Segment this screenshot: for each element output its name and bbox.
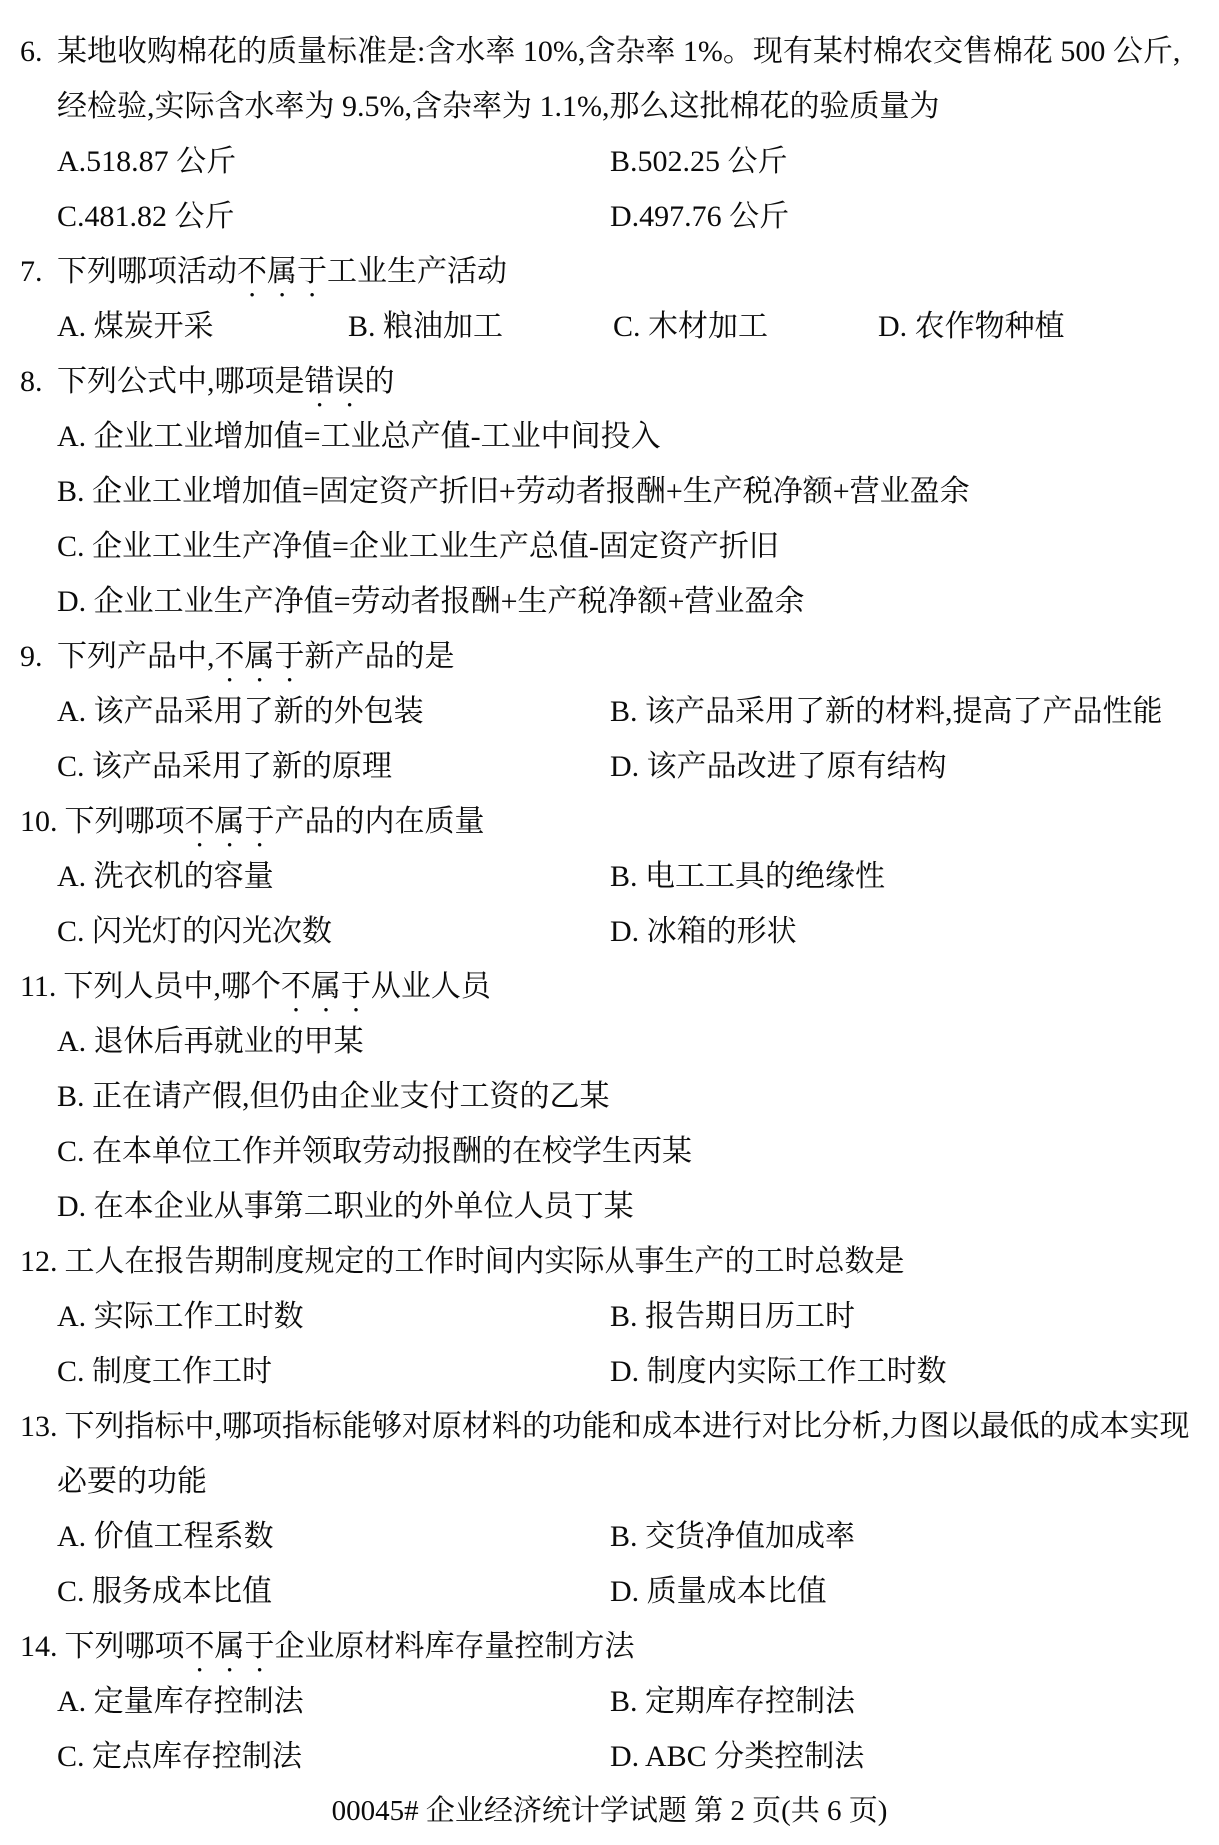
option-B: B. 电工工具的绝缘性 <box>610 849 885 904</box>
question-number: 7. <box>20 244 50 299</box>
question-stem-line: 必要的功能 <box>0 1454 1219 1509</box>
question-12: 12.工人在报告期制度规定的工作时间内实际从事生产的工时总数是A. 实际工作工时… <box>0 1234 1219 1399</box>
option-B: B. 粮油加工 <box>348 299 503 354</box>
question-stem-line: 7.下列哪项活动不属于工业生产活动 <box>0 244 1219 299</box>
option-B: B. 交货净值加成率 <box>610 1509 855 1564</box>
option-row: C. 定点库存控制法D. ABC 分类控制法 <box>0 1729 1219 1784</box>
stem-text: 下列哪项活动 <box>57 255 237 288</box>
question-stem-line: 6.某地收购棉花的质量标准是:含水率 10%,含杂率 1%。现有某村棉农交售棉花… <box>0 24 1219 79</box>
question-number: 9. <box>20 629 50 684</box>
question-stem-line: 10.下列哪项不属于产品的内在质量 <box>0 794 1219 849</box>
question-stem-line: 14.下列哪项不属于企业原材料库存量控制方法 <box>0 1619 1219 1674</box>
page-footer: 00045# 企业经济统计学试题 第 2 页(共 6 页) <box>0 1784 1219 1839</box>
stem-emphasis-text: 不属于 <box>185 805 275 838</box>
option-A: A. 该产品采用了新的外包装 <box>57 695 424 728</box>
option-C: C. 制度工作工时 <box>57 1355 272 1388</box>
question-number: 8. <box>20 354 50 409</box>
stem-text: 经检验,实际含水率为 9.5%,含杂率为 1.1%,那么这批棉花的验质量为 <box>57 90 939 123</box>
option-D: D.497.76 公斤 <box>610 189 789 244</box>
option-D: D. 农作物种植 <box>878 299 1065 354</box>
question-7: 7.下列哪项活动不属于工业生产活动A. 煤炭开采B. 粮油加工C. 木材加工D.… <box>0 244 1219 354</box>
option-A: A.518.87 公斤 <box>57 145 236 178</box>
option-A: A. 洗衣机的容量 <box>57 860 274 893</box>
option-row: A. 企业工业增加值=工业总产值-工业中间投入 <box>0 409 1219 464</box>
question-number: 10. <box>20 794 58 849</box>
stem-text: 工人在报告期制度规定的工作时间内实际从事生产的工时总数是 <box>65 1245 905 1278</box>
stem-text: 某地收购棉花的质量标准是:含水率 10%,含杂率 1%。现有某村棉农交售棉花 5… <box>57 35 1180 68</box>
option-row: A. 退休后再就业的甲某 <box>0 1014 1219 1069</box>
option-A: A. 定量库存控制法 <box>57 1685 304 1718</box>
option-row: A. 煤炭开采B. 粮油加工C. 木材加工D. 农作物种植 <box>0 299 1219 354</box>
option-A: A. 价值工程系数 <box>57 1520 274 1553</box>
option-A: A. 退休后再就业的甲某 <box>57 1025 364 1058</box>
question-number: 6. <box>20 24 50 79</box>
question-14: 14.下列哪项不属于企业原材料库存量控制方法A. 定量库存控制法B. 定期库存控… <box>0 1619 1219 1784</box>
stem-text: 企业原材料库存量控制方法 <box>275 1630 635 1663</box>
question-stem-line: 8.下列公式中,哪项是错误的 <box>0 354 1219 409</box>
option-A: A. 煤炭开采 <box>57 310 214 343</box>
option-row: A. 价值工程系数B. 交货净值加成率 <box>0 1509 1219 1564</box>
option-D: D. 该产品改进了原有结构 <box>610 739 947 794</box>
stem-text: 产品的内在质量 <box>275 805 485 838</box>
question-number: 13. <box>20 1399 58 1454</box>
option-B: B. 定期库存控制法 <box>610 1674 855 1729</box>
stem-text: 下列公式中,哪项是 <box>57 365 305 398</box>
question-number: 12. <box>20 1234 58 1289</box>
option-D: D. 企业工业生产净值=劳动者报酬+生产税净额+营业盈余 <box>57 585 804 618</box>
option-D: D. 质量成本比值 <box>610 1564 827 1619</box>
question-stem-line: 11.下列人员中,哪个不属于从业人员 <box>0 959 1219 1014</box>
option-row: C.481.82 公斤D.497.76 公斤 <box>0 189 1219 244</box>
stem-emphasis-text: 不属于 <box>215 640 305 673</box>
option-C: C.481.82 公斤 <box>57 200 235 233</box>
option-row: A. 洗衣机的容量B. 电工工具的绝缘性 <box>0 849 1219 904</box>
option-row: D. 企业工业生产净值=劳动者报酬+生产税净额+营业盈余 <box>0 574 1219 629</box>
option-C: C. 木材加工 <box>613 299 768 354</box>
question-9: 9.下列产品中,不属于新产品的是A. 该产品采用了新的外包装B. 该产品采用了新… <box>0 629 1219 794</box>
option-row: D. 在本企业从事第二职业的外单位人员丁某 <box>0 1179 1219 1234</box>
stem-emphasis-text: 不属于 <box>281 970 371 1003</box>
option-row: B. 正在请产假,但仍由企业支付工资的乙某 <box>0 1069 1219 1124</box>
stem-text: 的 <box>365 365 395 398</box>
option-C: C. 在本单位工作并领取劳动报酬的在校学生丙某 <box>57 1135 692 1168</box>
stem-text: 下列哪项 <box>65 1630 185 1663</box>
option-A: A. 实际工作工时数 <box>57 1300 304 1333</box>
stem-emphasis-text: 不属于 <box>185 1630 275 1663</box>
question-10: 10.下列哪项不属于产品的内在质量A. 洗衣机的容量B. 电工工具的绝缘性C. … <box>0 794 1219 959</box>
option-D: D. 在本企业从事第二职业的外单位人员丁某 <box>57 1190 634 1223</box>
option-B: B. 该产品采用了新的材料,提高了产品性能 <box>610 684 1163 739</box>
exam-page: 6.某地收购棉花的质量标准是:含水率 10%,含杂率 1%。现有某村棉农交售棉花… <box>0 0 1219 1839</box>
option-row: C. 企业工业生产净值=企业工业生产总值-固定资产折旧 <box>0 519 1219 574</box>
option-row: C. 闪光灯的闪光次数D. 冰箱的形状 <box>0 904 1219 959</box>
stem-text: 新产品的是 <box>305 640 455 673</box>
option-C: C. 定点库存控制法 <box>57 1740 302 1773</box>
question-stem-line: 9.下列产品中,不属于新产品的是 <box>0 629 1219 684</box>
stem-text: 下列人员中,哪个 <box>63 970 281 1003</box>
option-row: A. 该产品采用了新的外包装B. 该产品采用了新的材料,提高了产品性能 <box>0 684 1219 739</box>
option-B: B. 报告期日历工时 <box>610 1289 855 1344</box>
question-6: 6.某地收购棉花的质量标准是:含水率 10%,含杂率 1%。现有某村棉农交售棉花… <box>0 24 1219 244</box>
option-B: B.502.25 公斤 <box>610 134 788 189</box>
question-number: 14. <box>20 1619 58 1674</box>
option-C: C. 服务成本比值 <box>57 1575 272 1608</box>
option-row: C. 该产品采用了新的原理D. 该产品改进了原有结构 <box>0 739 1219 794</box>
question-11: 11.下列人员中,哪个不属于从业人员A. 退休后再就业的甲某B. 正在请产假,但… <box>0 959 1219 1234</box>
question-list: 6.某地收购棉花的质量标准是:含水率 10%,含杂率 1%。现有某村棉农交售棉花… <box>0 24 1219 1784</box>
stem-text: 从业人员 <box>371 970 491 1003</box>
option-C: C. 闪光灯的闪光次数 <box>57 915 332 948</box>
stem-emphasis-text: 不属于 <box>237 255 327 288</box>
option-row: C. 在本单位工作并领取劳动报酬的在校学生丙某 <box>0 1124 1219 1179</box>
option-D: D. 制度内实际工作工时数 <box>610 1344 947 1399</box>
option-D: D. 冰箱的形状 <box>610 904 797 959</box>
option-row: A.518.87 公斤B.502.25 公斤 <box>0 134 1219 189</box>
stem-emphasis-text: 错误 <box>305 365 365 398</box>
option-A: A. 企业工业增加值=工业总产值-工业中间投入 <box>57 420 661 453</box>
option-row: A. 定量库存控制法B. 定期库存控制法 <box>0 1674 1219 1729</box>
question-stem-line: 12.工人在报告期制度规定的工作时间内实际从事生产的工时总数是 <box>0 1234 1219 1289</box>
stem-text: 下列哪项 <box>65 805 185 838</box>
option-B: B. 企业工业增加值=固定资产折旧+劳动者报酬+生产税净额+营业盈余 <box>57 475 970 508</box>
option-row: A. 实际工作工时数B. 报告期日历工时 <box>0 1289 1219 1344</box>
option-row: C. 制度工作工时D. 制度内实际工作工时数 <box>0 1344 1219 1399</box>
option-B: B. 正在请产假,但仍由企业支付工资的乙某 <box>57 1080 610 1113</box>
stem-text: 下列产品中, <box>57 640 215 673</box>
option-row: B. 企业工业增加值=固定资产折旧+劳动者报酬+生产税净额+营业盈余 <box>0 464 1219 519</box>
question-number: 11. <box>20 959 56 1014</box>
option-C: C. 该产品采用了新的原理 <box>57 750 392 783</box>
option-C: C. 企业工业生产净值=企业工业生产总值-固定资产折旧 <box>57 530 779 563</box>
question-8: 8.下列公式中,哪项是错误的A. 企业工业增加值=工业总产值-工业中间投入B. … <box>0 354 1219 629</box>
stem-text: 必要的功能 <box>57 1465 207 1498</box>
stem-text: 下列指标中,哪项指标能够对原材料的功能和成本进行对比分析,力图以最低的成本实现 <box>65 1410 1190 1443</box>
option-row: C. 服务成本比值D. 质量成本比值 <box>0 1564 1219 1619</box>
question-stem-line: 13.下列指标中,哪项指标能够对原材料的功能和成本进行对比分析,力图以最低的成本… <box>0 1399 1219 1454</box>
stem-text: 工业生产活动 <box>327 255 507 288</box>
question-stem-line: 经检验,实际含水率为 9.5%,含杂率为 1.1%,那么这批棉花的验质量为 <box>0 79 1219 134</box>
question-13: 13.下列指标中,哪项指标能够对原材料的功能和成本进行对比分析,力图以最低的成本… <box>0 1399 1219 1619</box>
option-D: D. ABC 分类控制法 <box>610 1729 864 1784</box>
